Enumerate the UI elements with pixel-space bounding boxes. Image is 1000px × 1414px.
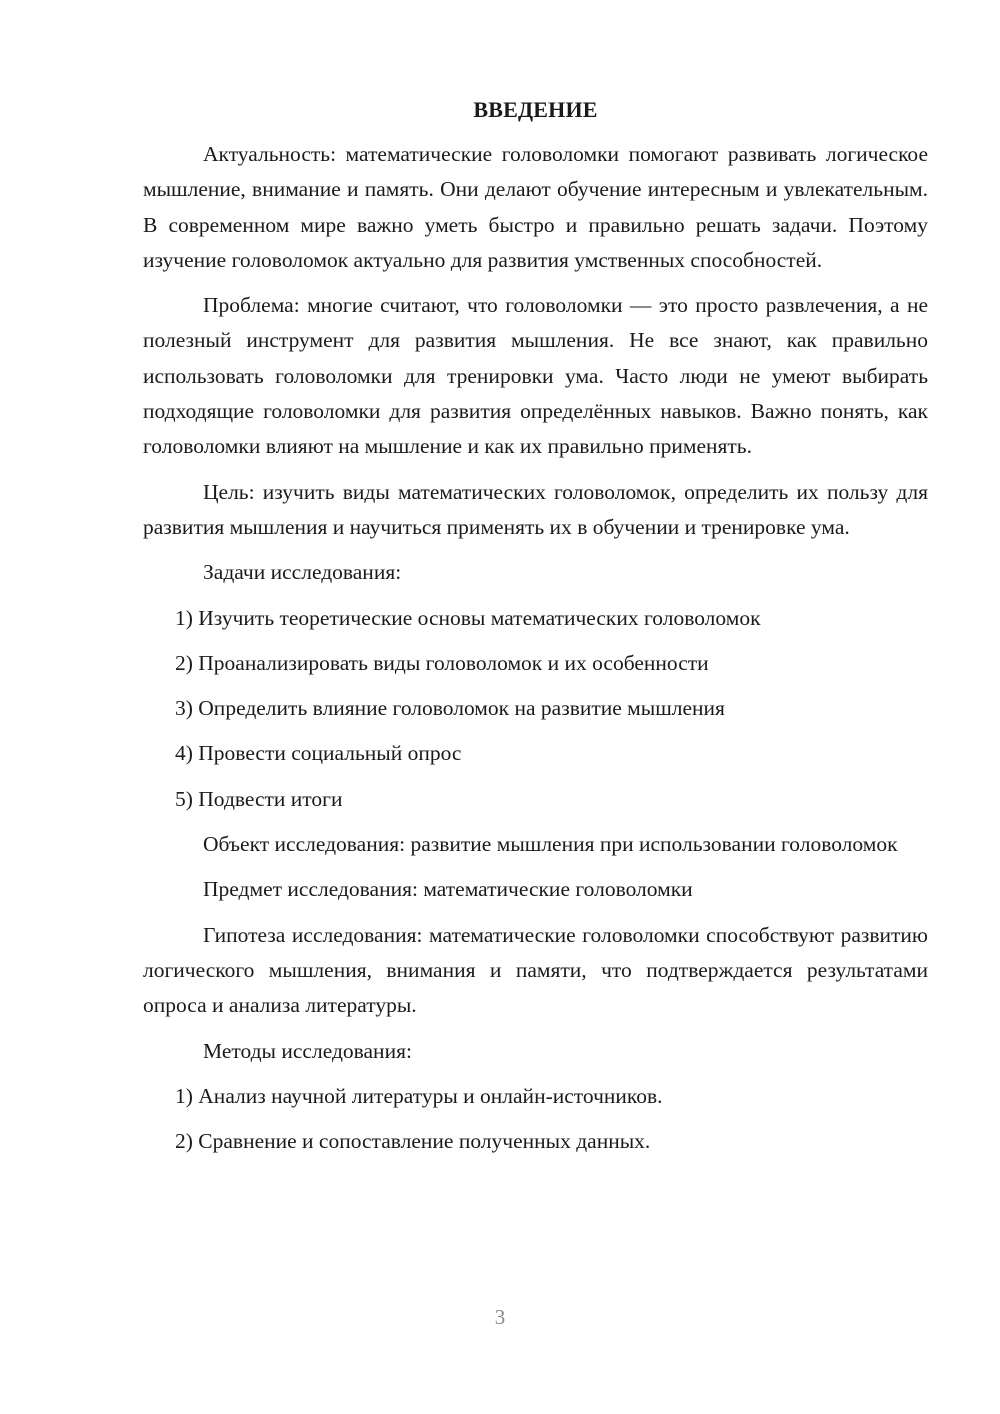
tasks-heading: Задачи исследования: — [143, 555, 928, 590]
task-item: 4) Провести социальный опрос — [143, 736, 928, 771]
task-item: 1) Изучить теоретические основы математи… — [143, 601, 928, 636]
document-page: ВВЕДЕНИЕ Актуальность: математические го… — [0, 0, 1000, 1414]
page-content: ВВЕДЕНИЕ Актуальность: математические го… — [143, 92, 928, 1169]
hypothesis-paragraph: Гипотеза исследования: математические го… — [143, 918, 928, 1024]
goal-paragraph: Цель: изучить виды математических голово… — [143, 475, 928, 546]
method-item: 2) Сравнение и сопоставление полученных … — [143, 1124, 928, 1159]
section-title: ВВЕДЕНИЕ — [143, 92, 928, 127]
object-paragraph: Объект исследования: развитие мышления п… — [143, 827, 928, 862]
methods-heading: Методы исследования: — [143, 1034, 928, 1069]
methods-list: 1) Анализ научной литературы и онлайн-ис… — [143, 1079, 928, 1160]
method-item: 1) Анализ научной литературы и онлайн-ис… — [143, 1079, 928, 1114]
task-item: 3) Определить влияние головоломок на раз… — [143, 691, 928, 726]
task-item: 5) Подвести итоги — [143, 782, 928, 817]
task-item: 2) Проанализировать виды головоломок и и… — [143, 646, 928, 681]
problem-paragraph: Проблема: многие считают, что головоломк… — [143, 288, 928, 464]
tasks-list: 1) Изучить теоретические основы математи… — [143, 601, 928, 817]
page-number: 3 — [0, 1305, 1000, 1330]
subject-paragraph: Предмет исследования: математические гол… — [143, 872, 928, 907]
relevance-paragraph: Актуальность: математические головоломки… — [143, 137, 928, 278]
